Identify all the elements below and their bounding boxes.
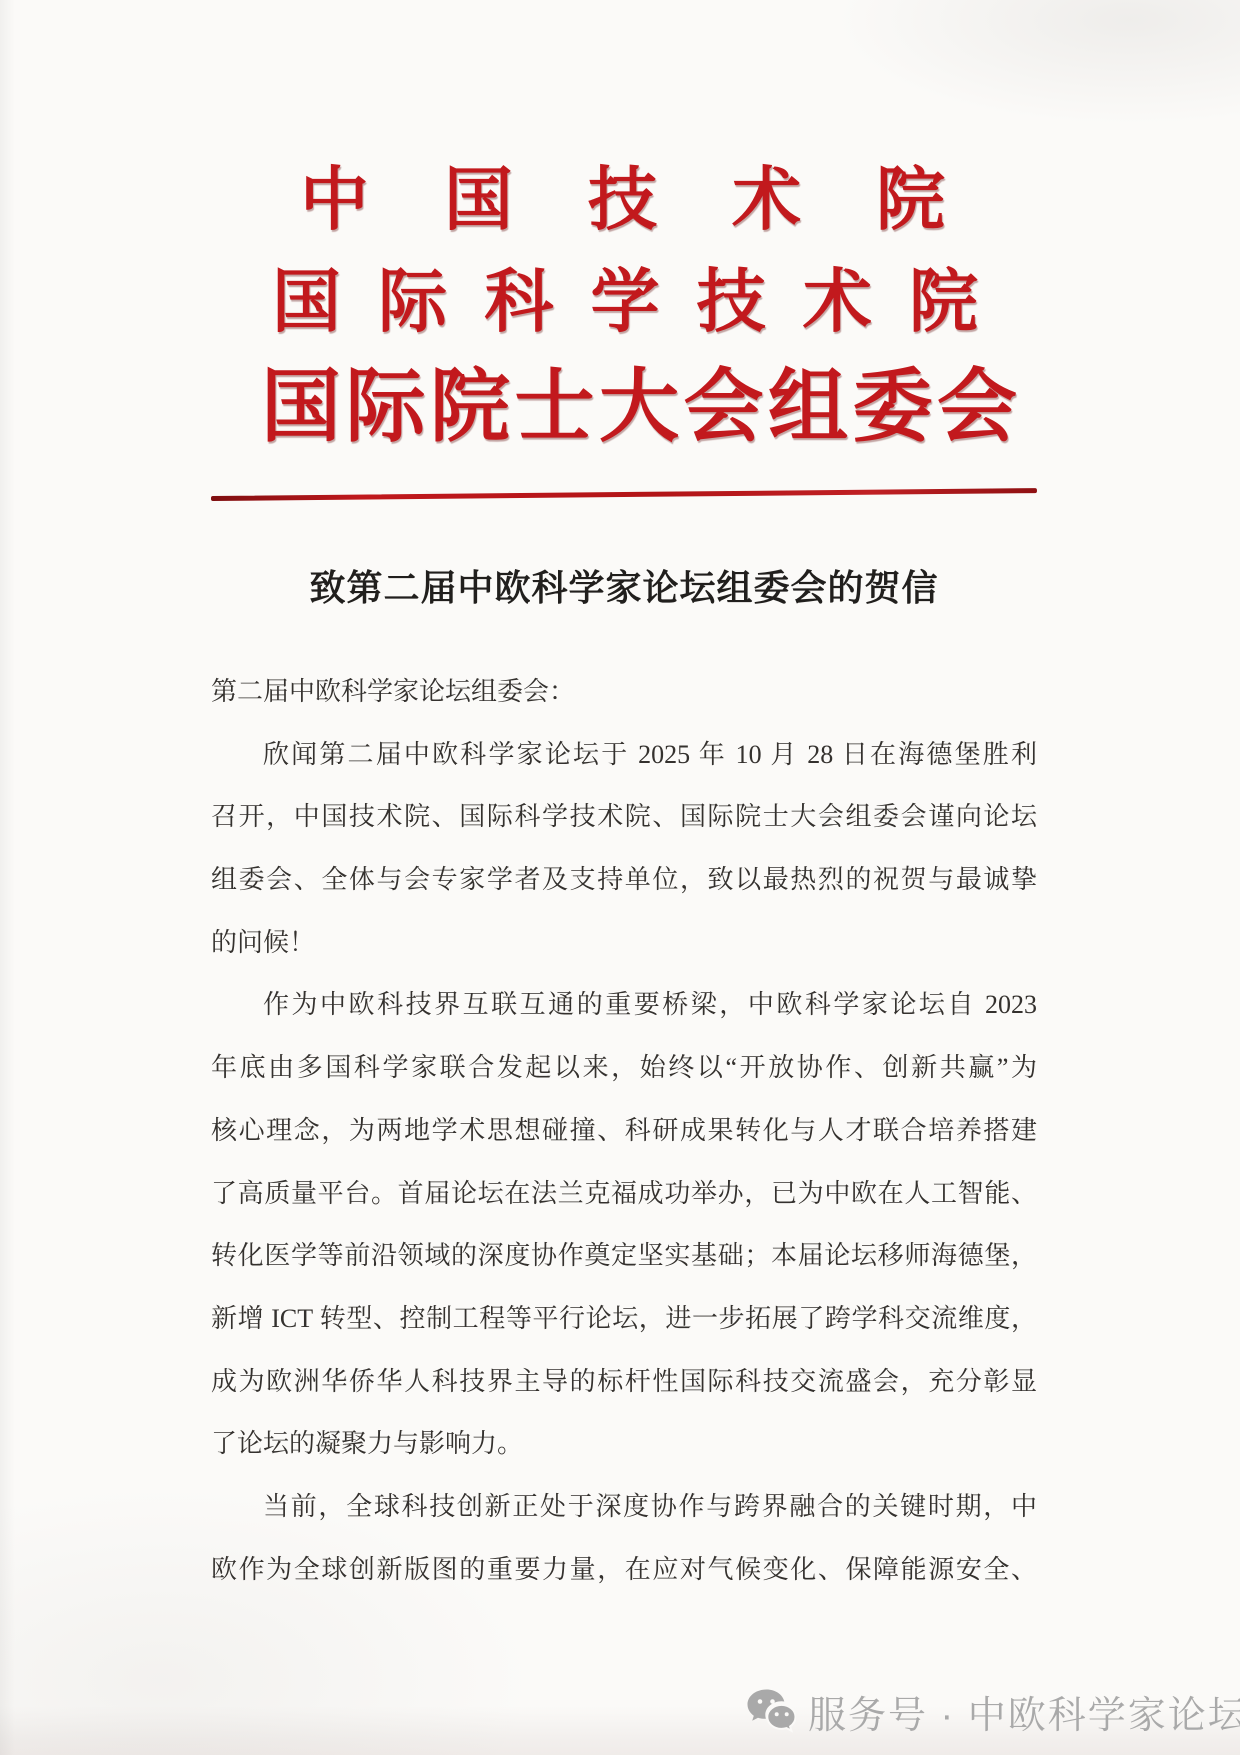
wechat-icon	[746, 1688, 796, 1735]
letterhead-char: 院	[876, 166, 945, 235]
letterhead-char: 中	[300, 166, 369, 235]
letter-line: 当前，全球科技创新正处于深度协作与跨界融合的关键时期，中	[211, 1476, 1037, 1539]
letterhead-char: 组	[768, 368, 848, 448]
scanned-letter-page: 中国技术院 国际科学技术院 国际院士大会组委会 致第二届中欧科学家论坛组委会的贺…	[0, 0, 1240, 1755]
letterhead-char: 士	[515, 368, 595, 448]
letterhead-char: 委	[853, 368, 933, 448]
letter-body: 第二届中欧科学家论坛组委会： 欣闻第二届中欧科学家论坛于 2025 年 10 月…	[211, 661, 1037, 1601]
letter-line: 成为欧洲华侨华人科技界主导的标杆性国际科技交流盛会，充分彰显	[211, 1351, 1037, 1414]
letterhead-line-3: 国际院士大会组委会	[261, 368, 1017, 448]
letterhead-char: 术	[732, 166, 801, 235]
letter-line: 欧作为全球创新版图的重要力量，在应对气候变化、保障能源安全、	[211, 1539, 1037, 1602]
watermark: 服务号 · 中欧科学家论坛	[746, 1684, 1240, 1739]
letterhead-line-1: 中国技术院	[300, 166, 945, 235]
letterhead-char: 院	[430, 368, 510, 448]
letterhead-line-2: 国际科学技术院	[272, 268, 978, 337]
letter-line: 新增 ICT 转型、控制工程等平行论坛，进一步拓展了跨学科交流维度，	[211, 1288, 1037, 1351]
letterhead-rule	[211, 488, 1037, 501]
letter-salutation: 第二届中欧科学家论坛组委会：	[211, 661, 1037, 724]
letterhead-char: 术	[803, 268, 872, 337]
letterhead-char: 际	[378, 268, 447, 337]
letterhead-char: 会	[684, 368, 764, 448]
letterhead-char: 国	[444, 166, 513, 235]
letterhead-char: 技	[588, 166, 657, 235]
letterhead-char: 学	[590, 268, 659, 337]
watermark-text: 服务号 · 中欧科学家论坛	[808, 1684, 1240, 1739]
letterhead-char: 大	[599, 368, 679, 448]
letterhead-char: 会	[937, 368, 1017, 448]
letterhead-char: 国	[272, 268, 341, 337]
letter-line: 年底由多国科学家联合发起以来，始终以“开放协作、创新共赢”为	[211, 1037, 1037, 1100]
letter-line: 了高质量平台。首届论坛在法兰克福成功举办，已为中欧在人工智能、	[211, 1163, 1037, 1226]
letter-line: 核心理念，为两地学术思想碰撞、科研成果转化与人才联合培养搭建	[211, 1100, 1037, 1163]
letter-line: 了论坛的凝聚力与影响力。	[211, 1413, 1037, 1476]
letter-line: 欣闻第二届中欧科学家论坛于 2025 年 10 月 28 日在海德堡胜利	[211, 724, 1037, 787]
letterhead-char: 科	[484, 268, 553, 337]
letter-line: 组委会、全体与会专家学者及支持单位，致以最热烈的祝贺与最诚挚	[211, 849, 1037, 912]
letter-line: 召开，中国技术院、国际科学技术院、国际院士大会组委会谨向论坛	[211, 786, 1037, 849]
letter-line: 的问候！	[211, 912, 1037, 975]
letterhead-char: 技	[697, 268, 766, 337]
letterhead-char: 际	[346, 368, 426, 448]
letterhead-char: 国	[261, 368, 341, 448]
letter-line: 转化医学等前沿领域的深度协作奠定坚实基础；本届论坛移师海德堡，	[211, 1225, 1037, 1288]
letter-title: 致第二届中欧科学家论坛组委会的贺信	[211, 566, 1037, 610]
letterhead-char: 院	[909, 268, 978, 337]
letter-line: 作为中欧科技界互联互通的重要桥梁，中欧科学家论坛自 2023	[211, 974, 1037, 1037]
